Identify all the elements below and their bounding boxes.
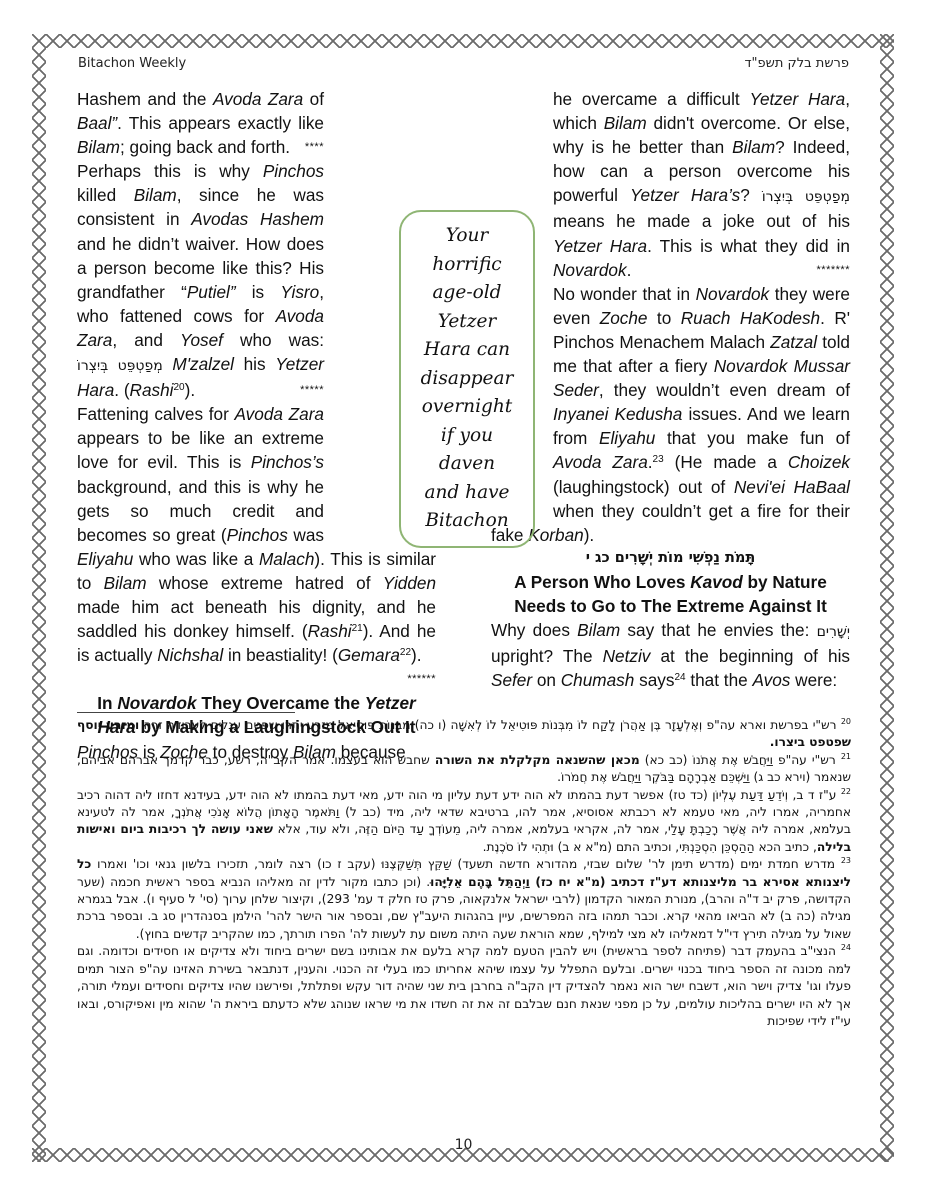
footnote-ref[interactable]: 20 [174, 382, 185, 393]
hebrew-quote: מְפַטְפֵּט בְּיִצְרוֹ [762, 189, 850, 205]
footnote-ref[interactable]: 21 [352, 623, 363, 634]
footnote-ref[interactable]: 22 [400, 647, 411, 658]
footnote-ref[interactable]: 24 [674, 672, 685, 683]
left-column: Hashem and the Avoda Zara of Baal”. This… [77, 87, 436, 764]
border-left [32, 34, 46, 1162]
parsha-title: פרשת בלק תשפ"ד [744, 56, 849, 71]
footnote-separator [77, 712, 295, 713]
hebrew-quote: מְפַטְפֵּט בְּיִצְרוֹ [77, 358, 163, 374]
footnote-ref[interactable]: 23 [653, 454, 664, 465]
paragraph: Why does Bilam say that he envies the: י… [491, 618, 850, 692]
hebrew-verse-heading: תָּמֹת נַפְשִׁי מוֹת יְשָׁרִים כג י [491, 547, 850, 570]
border-right [880, 34, 894, 1162]
section-separator-stars: ****** [407, 667, 436, 691]
paragraph: Hashem and the Avoda Zara of Baal”. This… [77, 87, 436, 159]
footnotes: 20 רש"י בפרשת וארא עה"פ וְאֶלְעָזָר בֶּן… [77, 717, 851, 1030]
footnote-20: 20 רש"י בפרשת וארא עה"פ וְאֶלְעָזָר בֶּן… [77, 717, 851, 752]
page-number: 10 [0, 1137, 927, 1153]
footnote-24: 24 הנצי"ב בהעמק דבר (פתיחה לספר בראשית) … [77, 943, 851, 1030]
section-heading: A Person Who Loves Kavod by Nature Needs… [491, 570, 850, 618]
footnote-23: 23 מדרש חמדת ימים (מדרש תימן לר' שלום שב… [77, 856, 851, 943]
section-separator-stars: **** [305, 135, 324, 159]
publication-title: Bitachon Weekly [78, 56, 186, 71]
section-separator-stars: ******* [817, 258, 850, 282]
hebrew-quote: יְשָׁרִים [817, 624, 850, 640]
border-top [32, 34, 894, 48]
pull-quote-box: Your horrific age-old Yetzer Hara can di… [399, 210, 535, 548]
section-separator-stars: ***** [300, 378, 324, 402]
page-header: Bitachon Weekly פרשת בלק תשפ"ד [78, 56, 849, 74]
right-column: he overcame a difficult Yetzer Hara, whi… [491, 87, 850, 692]
footnote-21: 21 רש"י עה"פ וַיַּחֲבֹשׁ אֶת אֲתֹנוֹ (כב… [77, 752, 851, 787]
pull-quote-text: Your horrific age-old Yetzer Hara can di… [421, 222, 514, 536]
footnote-22: 22 ע"ז ד ב, וְיֹדֵעַ דַּעַת עֶלְיוֹן (כד… [77, 787, 851, 857]
